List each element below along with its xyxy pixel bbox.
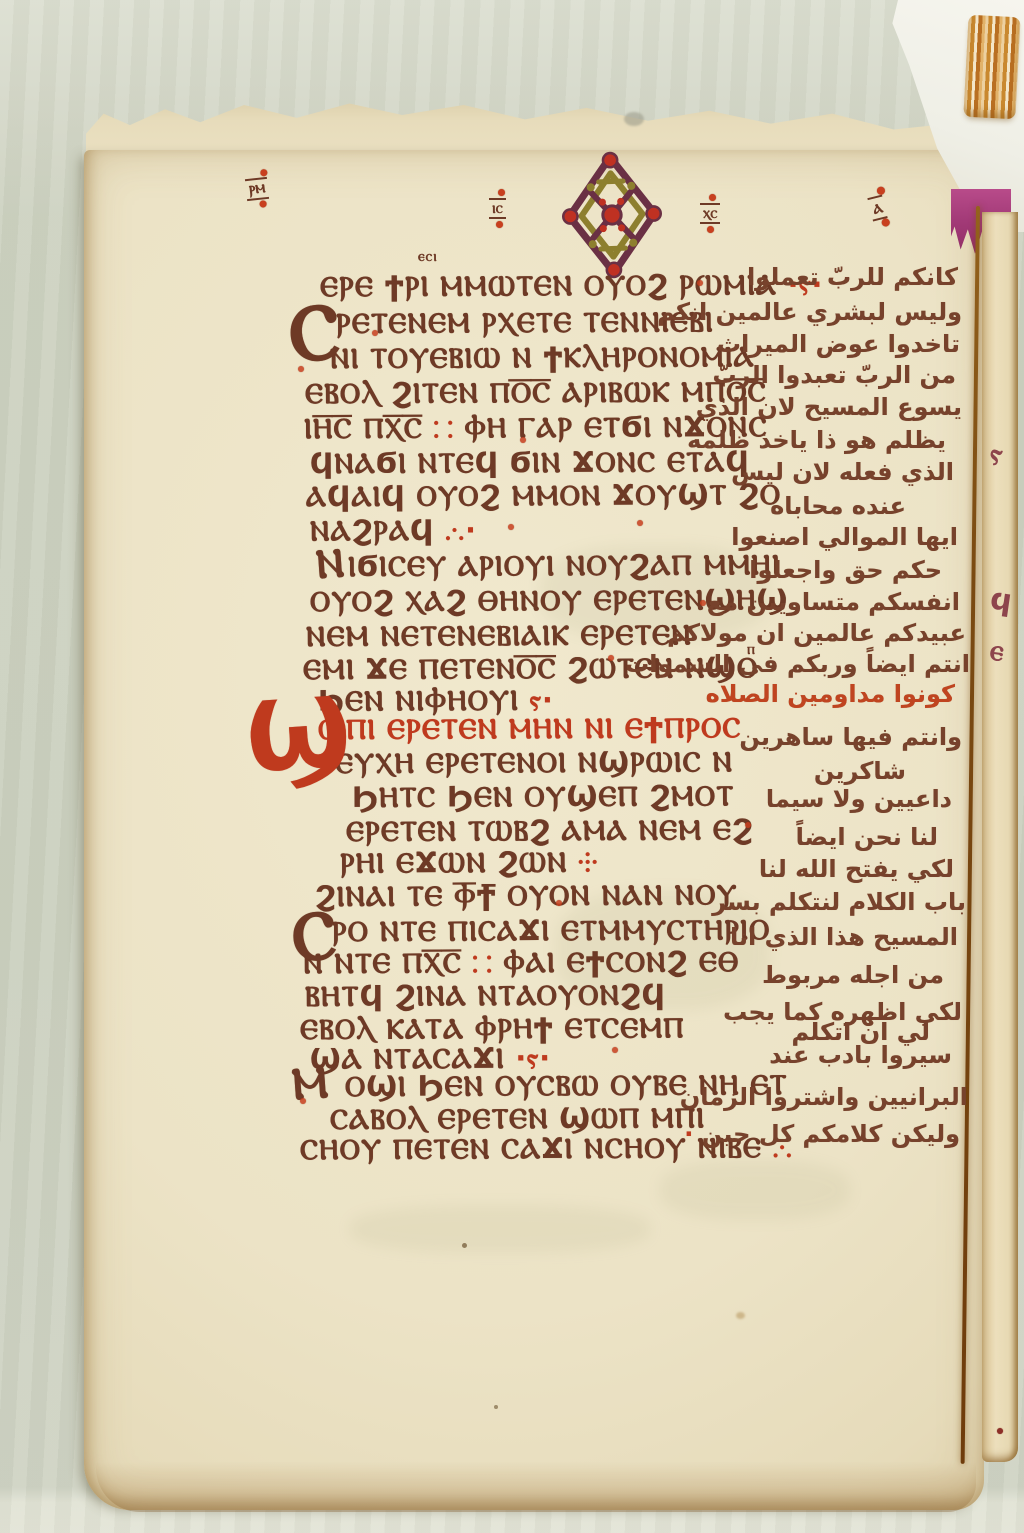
illuminated-initial: Ⲙ [291,1063,330,1105]
red-dot [707,226,714,233]
coptic-text-line: ⲚⲒ ⲦⲞⲨⲈⲂⲒⲰ Ⲛ ϮⲔⲖⲎⲢⲞⲚⲞⲘⲒⲀ [330,340,755,376]
facing-page-ink-trace: ⲉ [987,632,1018,675]
rubric-dot [556,900,562,906]
folio-number: ⲣⲙ [245,177,270,201]
coptic-text-line: ⲂⲎⲦϤ ϨⲒⲚⲀ ⲚⲦⲀⲞⲨⲞⲚϨϤ [305,978,666,1014]
arabic-text: البرانيين واشتروا الزمان [680,1083,968,1111]
coptic-text-line: ϦⲎⲦⲤ ϦⲈⲚ ⲞⲨϢⲈⲠ ϨⲘⲞⲦ [352,779,735,815]
arabic-text-line: عبيدكم عالمين ان مولاكم [667,619,966,647]
rubric-dot [508,524,514,530]
ink-segment: ⲢⲎⲒ ⲈϪⲰⲚ ϨⲰⲚ [340,846,568,880]
red-dot [709,194,716,201]
arabic-text-line: عنده محاباه [770,492,906,520]
ink-segment: ϨⲒⲚⲀⲒ ⲦⲈ Ⲫ̅Ϯ̅ ⲞⲨⲞⲚ ⲚⲀⲚ ⲚⲞⲨ [315,878,738,913]
ink-segment: ⲈⲢⲈⲦⲈⲚ ⲦⲰⲂϨ ⲀⲘⲀ ⲚⲈⲘ ⲈϨ [346,813,754,848]
stain-speck [624,112,644,126]
red-dot [496,221,503,228]
arabic-text: حكم حق واجعلوا [749,556,942,584]
facing-page-ink-trace: ⲋ [987,436,1018,479]
ink-segment: ϦⲎⲦⲤ ϦⲈⲚ ⲞⲨϢⲈⲠ ϨⲘⲞⲦ [352,779,735,814]
ink-segment: ϤⲚⲀϬⲒ ⲚⲦⲈϤ ϬⲒⲚ ϪⲞⲚⲤ ⲈⲦⲀϤ [310,445,750,480]
arabic-text-line: يظلم هو ذا ياخذ ظلمه [687,426,946,454]
arabic-text-line: وليس لبشري عالمين انكم [657,298,962,326]
binding-stitches [963,15,1020,120]
arabic-text: انتم ايضاً وربكم في السموات [625,650,970,678]
rubric-dot [520,437,526,443]
rubric-dot [372,330,378,336]
arabic-text-line: داعيين ولا سيما [766,785,952,813]
rubric-segment: ⸫· [434,514,477,547]
arabic-text: وليس لبشري عالمين انكم [657,298,962,326]
rubric-dot [612,1047,618,1053]
arabic-text: وليكن كلامكم كل حين [702,1120,960,1148]
arabic-text: لنا نحن ايضاً [796,823,938,851]
ink-showthrough [660,1160,850,1220]
stain-speck [462,1243,467,1248]
arabic-text-line: من اجله مربوط [762,961,944,989]
arabic-text-line: يسوع المسيح لان الذي [696,393,962,421]
arabic-text: من اجله مربوط [762,961,944,989]
stain-speck [494,1405,498,1409]
coptic-text-line: ⲢⲞ ⲚⲦⲈ ⲠⲒⲤⲀϪⲒ ⲈⲦⲘⲘⲨⲤⲦⲎⲢⲒⲞ [332,913,770,949]
arabic-text-line: لكي يفتح الله لنا [759,855,954,883]
rubric-dot [700,600,706,606]
arabic-text-line: انفسكم متساويين مع [707,588,960,616]
arabic-text: المسيح هذا الذي انا [730,923,958,951]
arabic-text-line: سيروا بادب عند [769,1041,952,1069]
coptic-text-line: ⲢⲎⲒ ⲈϪⲰⲚ ϨⲰⲚ ⸭ [340,845,598,880]
arabic-text: من الربّ تعبدوا الربّ [713,361,956,389]
illuminated-initial: Ⲥ [287,296,342,370]
rubric-dot [745,822,751,828]
illuminated-initial: Ⲥ [290,905,338,969]
arabic-text: يسوع المسيح لان الذي [696,393,962,421]
ink-segment: ⲚⲒ ⲦⲞⲨⲈⲂⲒⲰ Ⲛ ϮⲔⲖⲎⲢⲞⲚⲞⲘⲒⲀ [330,340,755,375]
ink-segment: ⲀϤⲀⲒϤ ⲞⲨⲞϨ ⲘⲘⲞⲚ ϪⲞⲨϢⲦ ϨⲞ [306,478,781,513]
rubric-segment: ⲰⲠⲒ ⲈⲢⲈⲦⲈⲚ ⲘⲎⲚ ⲚⲒ ⲈϮⲠⲢⲞⲤ [318,711,742,746]
arabic-text-line: كانكم للربّ تعملوا [747,263,958,291]
arabic-text-line: لنا نحن ايضاً [796,823,938,851]
coptic-text-line: ⲚⲈⲘ ⲚⲈⲦⲈⲚⲈⲂⲒⲀⲒⲔ ⲈⲢⲈⲦⲈⲚ [306,618,692,654]
arabic-text: عنده محاباه [770,492,906,520]
rubric-end-mark: · [684,1120,701,1148]
rubric-segment: ⸭ [567,845,598,878]
manuscript-photo: ⲣⲙ ⲓⲥ ⲭⲥ ⲁ ⲈⲢⲈ ϮⲢⲒ ⲘⲘⲰⲦⲈⲚ ⲞⲨⲞϨ ⲢⲰⲘⲒⲀ ·ⲋ·… [0,0,1024,1533]
arabic-text-line: الذي فعله لان ليس [731,458,954,486]
arabic-text: داعيين ولا سيما [766,785,952,813]
arabic-text-line: كونوا مداومين الصلاه [706,680,955,708]
arabic-text-line: من الربّ تعبدوا الربّ [713,361,956,389]
rubric-segment: ⸬ [462,946,504,979]
ink-segment: ⲂⲎⲦϤ ϨⲒⲚⲀ ⲚⲦⲀⲞⲨⲞⲚϨϤ [305,978,666,1013]
nomen-sacrum-ic: ⲓⲥ [489,198,506,219]
ink-segment: ⲒⲎ̅Ⲥ̅ ⲠⲬ̅Ⲥ̅ [304,411,423,445]
arabic-text: ايها الموالي اصنعوا [731,523,958,551]
arabic-text-line: شاكرين [814,757,906,785]
red-edge-dot [997,1428,1003,1434]
arabic-text: كونوا مداومين الصلاه [706,680,955,708]
ink-showthrough [350,1205,650,1253]
rubric-dot [300,1098,306,1104]
arabic-text-line: حكم حق واجعلوا [749,556,942,584]
arabic-text-line: وليكن كلامكم كل حين · [684,1120,960,1148]
arabic-text: باب الكلام لنتكلم بسر [712,888,966,916]
ink-segment: ⲢⲞ ⲚⲦⲈ ⲠⲒⲤⲀϪⲒ ⲈⲦⲘⲘⲨⲤⲦⲎⲢⲒⲞ [332,913,770,948]
rubric-dot [637,520,643,526]
facing-page-ink-trace: ϥ [987,581,1018,624]
arabic-text-line: تاخدوا عوض الميراث [717,330,960,358]
coptic-text-line: Ⲛ ⲚⲦⲈ ⲠⲬ̅Ⲥ̅ ⸬ ⲪⲀⲒ ⲈϮⲤⲞⲚϨ ⲈⲐ [303,945,739,981]
arabic-text-line: وانتم فيها ساهرين [739,723,962,751]
arabic-text: يظلم هو ذا ياخذ ظلمه [687,426,946,454]
arabic-text: لكي يفتح الله لنا [759,855,954,883]
rubric-dot [608,655,614,661]
coptic-text-line: ϨⲒⲚⲀⲒ ⲦⲈ Ⲫ̅Ϯ̅ ⲞⲨⲞⲚ ⲚⲀⲚ ⲚⲞⲨ [315,878,738,914]
illuminated-initial: Ⲛ [315,545,345,583]
leaf-browned-edge [96,1462,976,1512]
arabic-text: شاكرين [814,757,906,785]
rubric-dot [298,366,304,372]
ink-segment: ⲈⲂⲞⲖ ⲔⲀⲦⲀ ⲪⲢⲎϮ ⲈⲦⲤⲈⲘⲠ [300,1011,685,1046]
arabic-text-line: البرانيين واشتروا الزمان [680,1083,968,1111]
facing-page-edge [982,212,1018,1462]
arabic-text-line: باب الكلام لنتكلم بسر [712,888,966,916]
rubric-dot [697,280,703,286]
illuminated-initial: Ϣ [243,688,354,781]
red-dot [498,189,505,196]
rubric-segment: ⸬ [423,411,465,444]
arabic-text-line: المسيح هذا الذي انا [730,923,958,951]
arabic-text: سيروا بادب عند [769,1041,952,1069]
arabic-text: انفسكم متساويين مع [707,588,960,616]
arabic-text: تاخدوا عوض الميراث [717,330,960,358]
interlinear-gloss: ⲉⲥⲓ [418,247,438,265]
nomen-sacrum-xc: ⲭⲥ [700,203,720,224]
arabic-text-line: انتم ايضاً وربكم في السموات [625,650,970,678]
arabic-text: عبيدكم عالمين ان مولاكم [667,619,966,647]
ink-segment: ⲈⲨⲬⲎ ⲈⲢⲈⲦⲈⲚⲞⲒ ⲚϢⲢⲰⲒⲤ Ⲛ [335,745,733,780]
arabic-text: الذي فعله لان ليس [731,458,954,486]
interlace-knot-ornament [559,149,665,280]
stain-speck [736,1312,745,1319]
ink-segment: ⲚⲈⲘ ⲚⲈⲦⲈⲚⲈⲂⲒⲀⲒⲔ ⲈⲢⲈⲦⲈⲚ [306,618,692,653]
coptic-text-line: ⲈⲢⲈⲦⲈⲚ ⲦⲰⲂϨ ⲀⲘⲀ ⲚⲈⲘ ⲈϨ [346,813,754,849]
coptic-text-line: ⲈⲨⲬⲎ ⲈⲢⲈⲦⲈⲚⲞⲒ ⲚϢⲢⲰⲒⲤ Ⲛ [335,745,733,781]
ink-segment: ⲪⲀⲒ ⲈϮⲤⲞⲚϨ ⲈⲐ [503,945,739,979]
arabic-text: وانتم فيها ساهرين [739,723,962,751]
coptic-text-line: ⲀϤⲀⲒϤ ⲞⲨⲞϨ ⲘⲘⲞⲚ ϪⲞⲨϢⲦ ϨⲞ [306,478,781,514]
coptic-text-line: ⲰⲠⲒ ⲈⲢⲈⲦⲈⲚ ⲘⲎⲚ ⲚⲒ ⲈϮⲠⲢⲞⲤ [318,711,742,747]
ink-segment: ⲒϬⲒⲤⲈⲨ ⲀⲢⲒⲞⲨⲒ ⲚⲞⲨϨⲀⲠ ⲘⲘⲎⲒ [348,548,781,583]
coptic-text-line: ⲒϬⲒⲤⲈⲨ ⲀⲢⲒⲞⲨⲒ ⲚⲞⲨϨⲀⲠ ⲘⲘⲎⲒ [348,548,781,584]
arabic-text-line: ايها الموالي اصنعوا [731,523,958,551]
arabic-text: كانكم للربّ تعملوا [747,263,958,291]
coptic-text-line: ϤⲚⲀϬⲒ ⲚⲦⲈϤ ϬⲒⲚ ϪⲞⲚⲤ ⲈⲦⲀϤ [310,445,750,481]
